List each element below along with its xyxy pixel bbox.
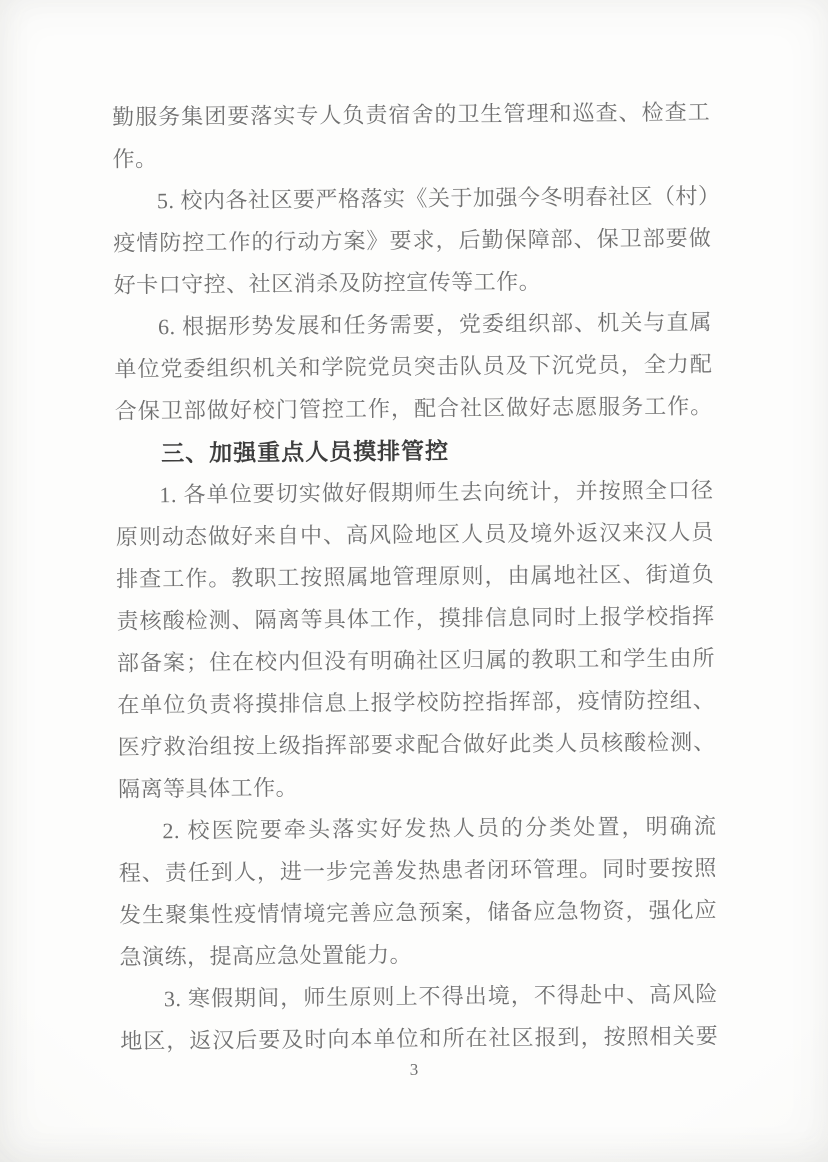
document-line: 隔离等具体工作。 — [118, 763, 716, 810]
document-line: 排查工作。教职工按照属地管理原则，由属地社区、街道负 — [116, 553, 714, 600]
document-line: 2. 校医院要牵头落实好发热人员的分类处置，明确流 — [118, 805, 716, 852]
document-line: 单位党委组织机关和学院党员突击队员及下沉党员，全力配 — [114, 343, 712, 390]
document-line: 程、责任到人，进一步完善发热患者闭环管理。同时要按照 — [119, 847, 717, 894]
document-line: 5. 校内各社区要严格落实《关于加强今冬明春社区（村） — [113, 175, 711, 222]
document-line: 医疗救治组按上级指挥部要求配合做好此类人员核酸检测、 — [118, 721, 716, 768]
document-line: 合保卫部做好校门管控工作，配合社区做好志愿服务工作。 — [115, 385, 713, 432]
document-line: 急演练，提高应急处置能力。 — [119, 931, 717, 978]
document-line: 6. 根据形势发展和任务需要，党委组织部、机关与直属 — [114, 301, 712, 348]
document-line: 地区，返汉后要及时向本单位和所在社区报到，按照相关要 — [120, 1015, 718, 1062]
document-line: 部备案；住在校内但没有明确社区归属的教职工和学生由所 — [117, 637, 715, 684]
document-line: 3. 寒假期间，师生原则上不得出境，不得赴中、高风险 — [120, 973, 718, 1020]
document-page: 勤服务集团要落实专人负责宿舍的卫生管理和巡查、检查工作。5. 校内各社区要严格落… — [0, 0, 828, 1162]
document-line: 三、加强重点人员摸排管控 — [115, 427, 713, 474]
document-line: 作。 — [112, 133, 710, 180]
page-footer: 3 — [0, 1058, 828, 1082]
document-line: 疫情防控工作的行动方案》要求，后勤保障部、保卫部要做 — [113, 217, 711, 264]
document-line: 发生聚集性疫情情境完善应急预案，储备应急物资，强化应 — [119, 889, 717, 936]
document-body: 勤服务集团要落实专人负责宿舍的卫生管理和巡查、检查工作。5. 校内各社区要严格落… — [112, 91, 718, 1062]
document-line: 责核酸检测、隔离等具体工作，摸排信息同时上报学校指挥 — [116, 595, 714, 642]
page-number: 3 — [410, 1058, 419, 1082]
document-line: 好卡口守控、社区消杀及防控宣传等工作。 — [113, 259, 711, 306]
document-line: 在单位负责将摸排信息上报学校防控指挥部，疫情防控组、 — [117, 679, 715, 726]
document-line: 1. 各单位要切实做好假期师生去向统计，并按照全口径 — [115, 469, 713, 516]
document-line: 原则动态做好来自中、高风险地区人员及境外返汉来汉人员 — [116, 511, 714, 558]
document-line: 勤服务集团要落实专人负责宿舍的卫生管理和巡查、检查工 — [112, 91, 710, 138]
